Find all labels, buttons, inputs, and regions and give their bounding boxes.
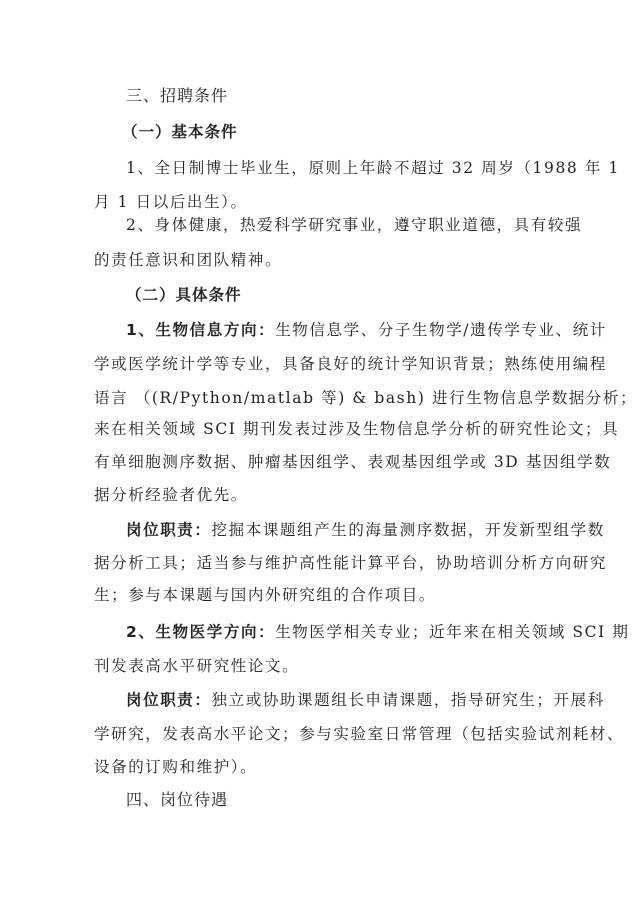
section-heading-benefits: 四、岗位待遇 xyxy=(126,790,228,810)
basic-item-2-line-2: 的责任意识和团队精神。 xyxy=(94,250,282,270)
basic-item-1-line-1: 1、全日制博士毕业生，原则上年龄不超过 32 周岁（1988 年 1 xyxy=(126,158,620,178)
basic-item-2-line-1: 2、身体健康，热爱科学研究事业，遵守职业道德，具有较强 xyxy=(126,215,582,235)
bioinfo-line-2: 学或医学统计学等专业，具备良好的统计学知识背景；熟练使用编程 xyxy=(94,354,607,374)
basic-item-1-line-2: 月 1 日以后出生）。 xyxy=(94,192,248,212)
section-heading-recruitment-conditions: 三、招聘条件 xyxy=(126,86,228,106)
bioinfo-line-5: 有单细胞测序数据、肿瘤基因组学、表观基因组学或 3D 基因组学数 xyxy=(94,452,611,472)
bioinfo-label: 1、生物信息方向： xyxy=(126,321,275,339)
biomed-label: 2、生物医学方向： xyxy=(126,623,275,641)
biomed-duty-line-3: 设备的订购和维护）。 xyxy=(94,757,257,777)
biomed-line-1: 2、生物医学方向：生物医学相关专业；近年来在相关领域 SCI 期 xyxy=(126,622,629,642)
bioinfo-duty-label: 岗位职责： xyxy=(126,521,212,539)
biomed-duty-line-1: 岗位职责：独立或协助课题组长申请课题，指导研究生；开展科 xyxy=(126,690,605,710)
subsection-heading-basic: （一）基本条件 xyxy=(122,122,238,142)
bioinfo-line-1: 1、生物信息方向：生物信息学、分子生物学/遗传学专业、统计 xyxy=(126,320,607,340)
bioinfo-duty-line-1: 岗位职责：挖掘本课题组产生的海量测序数据，开发新型组学数 xyxy=(126,520,605,540)
bioinfo-line-4: 来在相关领域 SCI 期刊发表过涉及生物信息学分析的研究性论文；具 xyxy=(94,419,619,439)
subsection-heading-specific: （二）具体条件 xyxy=(126,285,242,305)
biomed-duty-label: 岗位职责： xyxy=(126,691,212,709)
biomed-line-2: 刊发表高水平研究性论文。 xyxy=(94,656,299,676)
biomed-duty-line-2: 学研究，发表高水平论文；参与实验室日常管理（包括实验试剂耗材、 xyxy=(94,724,624,744)
bioinfo-duty-line-3: 生；参与本课题与国内外研究组的合作项目。 xyxy=(94,585,436,605)
bioinfo-line-6: 据分析经验者优先。 xyxy=(94,485,248,505)
bioinfo-duty-line-2: 据分析工具；适当参与维护高性能计算平台，协助培训分析方向研究 xyxy=(94,553,607,573)
bioinfo-line-3: 语言 （(R/Python/matlab 等) & bash) 进行生物信息学数… xyxy=(94,388,637,408)
